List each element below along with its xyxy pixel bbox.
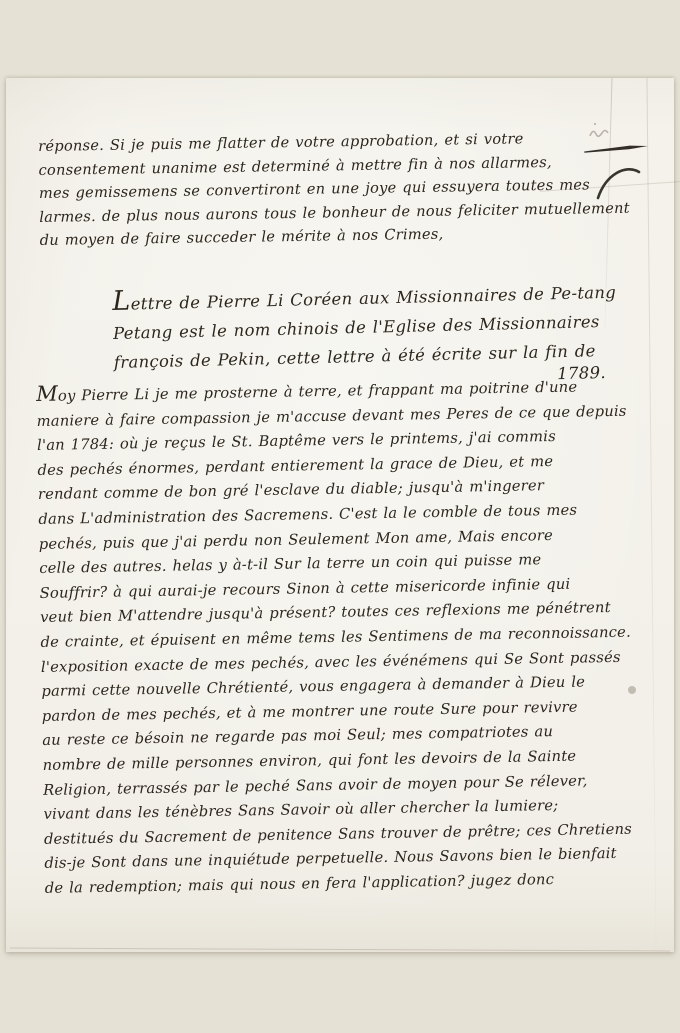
manuscript-text-layer: réponse. Si je puis me flatter de votre … bbox=[0, 0, 680, 1033]
scanned-page-background: réponse. Si je puis me flatter de votre … bbox=[0, 0, 680, 1033]
closing-paragraph: réponse. Si je puis me flatter de votre … bbox=[38, 126, 630, 253]
letter-body: Moy Pierre Li je me prosterne à terre, e… bbox=[36, 372, 635, 902]
